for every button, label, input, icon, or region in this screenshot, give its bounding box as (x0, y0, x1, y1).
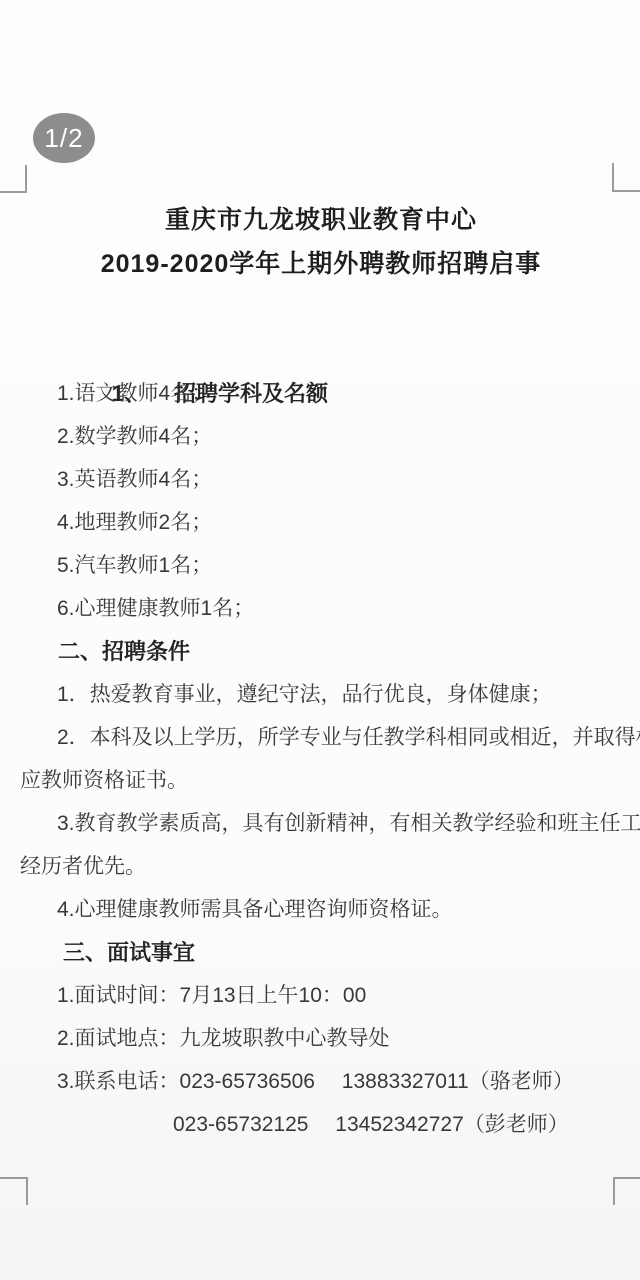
document-title-line1: 重庆市九龙坡职业教育中心 (20, 198, 622, 242)
condition-line: 3.教育教学素质高，具有创新精神，有相关教学经验和班主任工作 (20, 802, 622, 845)
section1-heading: 1、招聘学科及名额 (20, 329, 622, 372)
subject-item-auto: 5.汽车教师1名； (20, 544, 622, 587)
contact-phone-line1: 3.联系电话：023-65736506 13883327011（骆老师） (20, 1060, 622, 1103)
subject-item-english: 3.英语教师4名； (20, 458, 622, 501)
interview-location-line: 2.面试地点：九龙坡职教中心教导处 (20, 1017, 622, 1060)
document-page: 1/2 重庆市九龙坡职业教育中心 2019-2020学年上期外聘教师招聘启事 1… (0, 0, 640, 1280)
document-content: 重庆市九龙坡职业教育中心 2019-2020学年上期外聘教师招聘启事 1、招聘学… (20, 0, 622, 1146)
condition-line: 4.心理健康教师需具备心理咨询师资格证。 (20, 888, 622, 931)
corner-mark-bottom-left (0, 1177, 28, 1205)
section2-heading: 二、招聘条件 (20, 630, 622, 673)
condition-line: 2．本科及以上学历，所学专业与任教学科相同或相近，并取得相 (20, 716, 622, 759)
corner-mark-bottom-right (613, 1177, 640, 1205)
spacer (20, 286, 622, 329)
condition-line: 1．热爱教育事业，遵纪守法，品行优良，身体健康； (20, 673, 622, 716)
subject-item-math: 2.数学教师4名； (20, 415, 622, 458)
condition-line-continuation: 经历者优先。 (20, 845, 622, 888)
subject-item-geography: 4.地理教师2名； (20, 501, 622, 544)
contact-phone-line2: 023-65732125 13452342727（彭老师） (20, 1103, 622, 1146)
interview-time-line: 1.面试时间：7月13日上午10：00 (20, 974, 622, 1017)
condition-line-continuation: 应教师资格证书。 (20, 759, 622, 802)
subject-item-psych: 6.心理健康教师1名； (20, 587, 622, 630)
document-title-line2: 2019-2020学年上期外聘教师招聘启事 (20, 242, 622, 286)
section3-heading: 三、面试事宜 (20, 931, 622, 974)
